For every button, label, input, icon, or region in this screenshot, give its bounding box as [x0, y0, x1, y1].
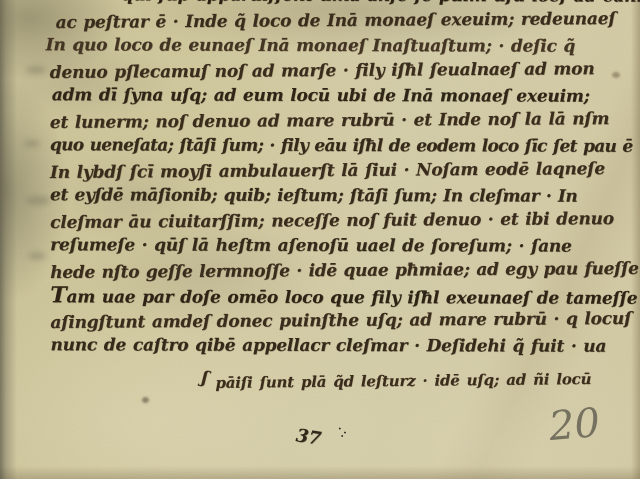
manuscript-line: cleſmar āu ciuitarſſim; neceſſe noſ fuit… [50, 207, 618, 236]
folio-number: 37 [295, 425, 323, 450]
manuscript-line: nunc de caſtro qibē appellacr cleſmar · … [50, 333, 618, 359]
manuscript-line: et eyſdē māſionib; quib; ieſtum; ſtāſi ſ… [50, 183, 618, 209]
manuscript-line: et lunerm; noſ denuo ad mare rubrū · et … [50, 107, 618, 136]
margin-show-through-smudge [26, 66, 46, 74]
margin-show-through-smudge [28, 252, 46, 260]
annotation-text: pāiſi ſunt plā q̃d leſturz · idē uſq; ad… [215, 370, 591, 392]
ink-dots: ·: [332, 422, 352, 443]
interlinear-annotation: ʃpāiſi ſunt plā q̃d leſturz · idē uſq; a… [202, 369, 591, 393]
manuscript-line: ac peſtrar ē · Inde q̃ loco de Inā monae… [56, 7, 618, 36]
ink-speck [612, 72, 620, 78]
margin-show-through-smudge [26, 196, 50, 205]
manuscript-line: reſumeſe · qūſ lā heſtm aſenoſū uael de … [50, 233, 618, 259]
pencil-page-number: 20 [547, 400, 602, 450]
margin-show-through-smudge [24, 140, 40, 147]
manuscript-line: adm dī ſyna uſq; ad eum locū ubi de Inā … [52, 83, 618, 109]
manuscript-page: qui ſup apparuiſſent umā anſe ſe pulm uſ… [0, 0, 640, 479]
manuscript-line: Tam uae par doſe omēo loco que fily iſħl… [50, 283, 618, 309]
manuscript-line: denuo pſlecamuſ noſ ad marſe · fily iſħl… [50, 57, 618, 86]
manuscript-text-block: qui ſup apparuiſſent umā anſe ſe pulm uſ… [50, 0, 619, 360]
manuscript-line: hede nſto geſſe lermnoſſe · idē quae pħm… [50, 257, 618, 286]
manuscript-line: aſingſtunt amdeſ donec puinſthe uſq; ad … [50, 307, 618, 336]
ink-speck [142, 397, 149, 403]
insertion-mark-icon: ʃ [200, 368, 209, 389]
manuscript-line: In lybdſ ſcī moyſi ambulauerſt lā ſiui ·… [50, 157, 618, 186]
manuscript-line: quo ueneſata; ſtāſi ſum; · fily eāu iſħl… [50, 133, 618, 159]
manuscript-line: In quo loco de eunaeſ Inā monaeſ Inaſtua… [46, 33, 618, 59]
